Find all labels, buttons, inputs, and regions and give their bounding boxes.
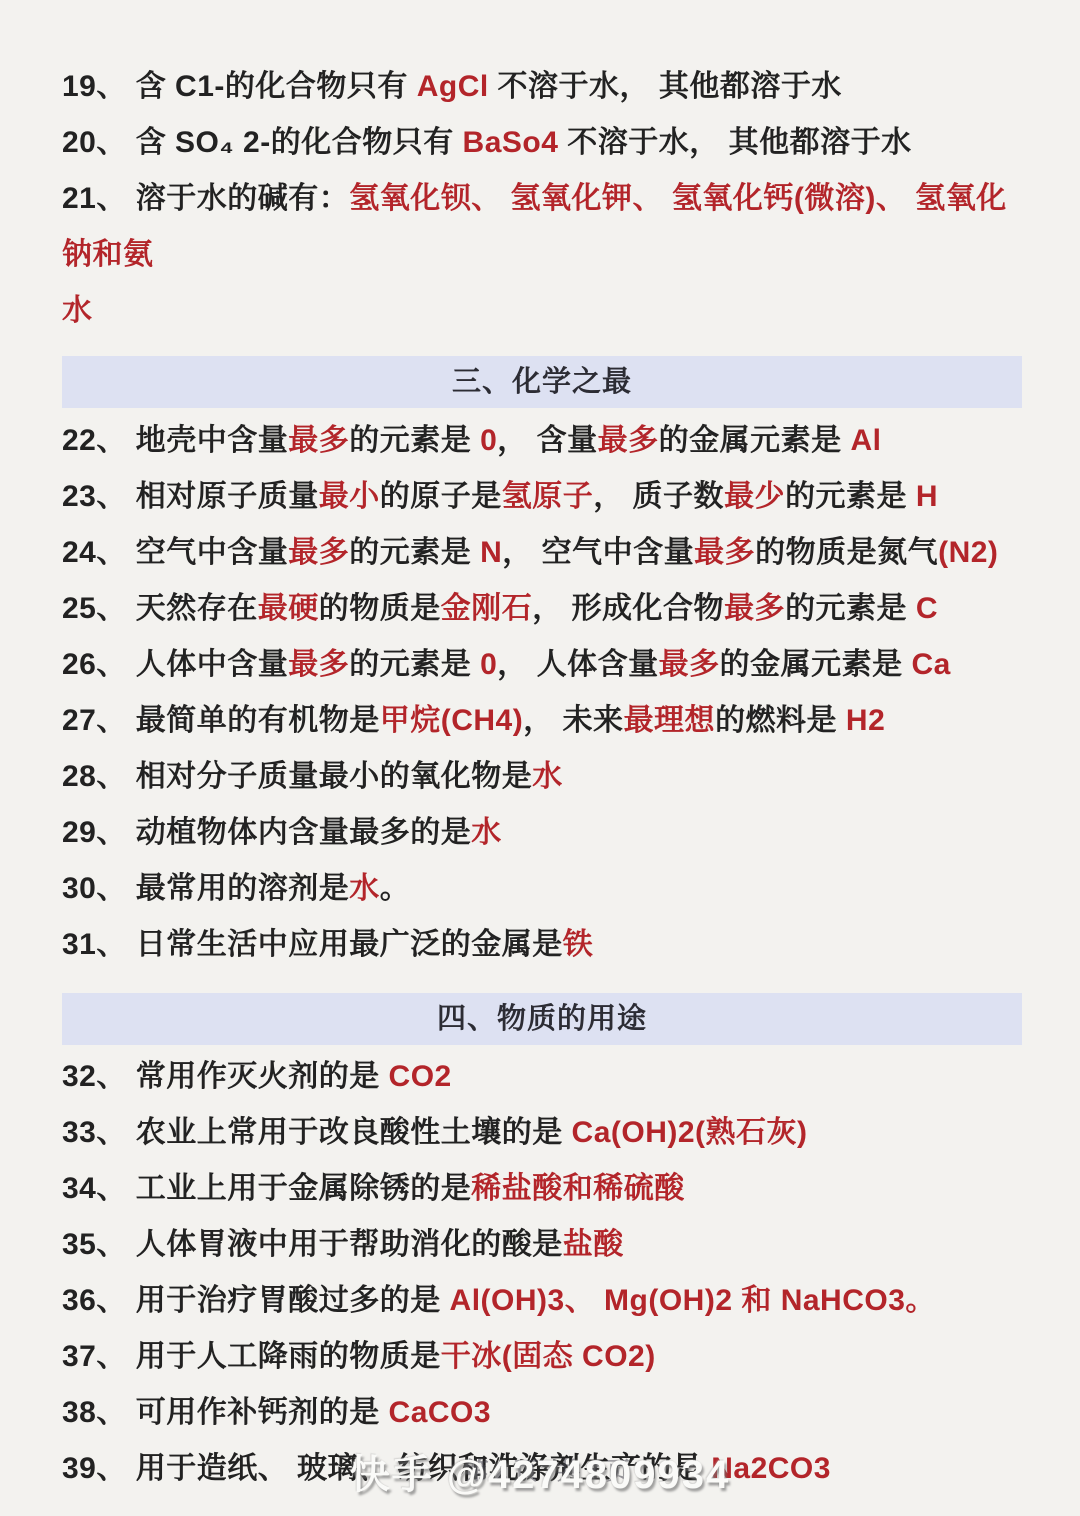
item-26: 26、 人体中含量最多的元素是 0， 人体含量最多的金属元素是 Ca — [62, 637, 1022, 693]
highlight-segment: Ca(OH)2(熟石灰) — [572, 1116, 808, 1149]
section-header-chemistry-extremes: 三、化学之最 — [62, 356, 1022, 408]
text-segment: 37、 用于人工降雨的物质是 — [62, 1340, 441, 1373]
highlight-segment: 稀盐酸和稀硫酸 — [471, 1172, 685, 1205]
text-segment: ， 未来 — [523, 704, 623, 737]
text-segment: 19、 含 C1-的化合物只有 — [62, 70, 417, 103]
item-27: 27、 最简单的有机物是甲烷(CH4)， 未来最理想的燃料是 H2 — [62, 693, 1022, 749]
text-segment: 20、 含 SO₄ 2-的化合物只有 — [62, 126, 463, 159]
highlight-segment: 水 — [62, 294, 93, 327]
highlight-segment: 最硬 — [258, 592, 319, 625]
item-34: 34、 工业上用于金属除锈的是稀盐酸和稀硫酸 — [62, 1161, 1022, 1217]
highlight-segment: 最多 — [288, 424, 349, 457]
text-segment: 的元素是 — [349, 648, 480, 681]
highlight-segment: Al(OH)3、 Mg(OH)2 和 NaHCO3 — [450, 1284, 906, 1317]
watermark: 第2页 共7页 快手 @4274809934 — [0, 1440, 1080, 1510]
highlight-segment: 最多 — [724, 592, 785, 625]
highlight-segment: 最多 — [598, 424, 659, 457]
text-segment: ， 人体含量 — [497, 648, 658, 681]
item-23: 23、 相对原子质量最小的原子是氢原子， 质子数最少的元素是 H — [62, 469, 1022, 525]
highlight-segment: H — [916, 480, 938, 513]
text-segment: 32、 常用作灭火剂的是 — [62, 1060, 389, 1093]
text-segment: 的元素是 — [785, 592, 916, 625]
text-segment: 的燃料是 — [715, 704, 846, 737]
item-22: 22、 地壳中含量最多的元素是 0， 含量最多的金属元素是 Al — [62, 413, 1022, 469]
text-segment: 不溶于水， 其他都溶于水 — [558, 126, 911, 159]
item-37: 37、 用于人工降雨的物质是干冰(固态 CO2) — [62, 1329, 1022, 1385]
text-segment: 的元素是 — [785, 480, 916, 513]
highlight-segment: 0 — [480, 648, 497, 681]
text-segment: 29、 动植物体内含量最多的是 — [62, 816, 471, 849]
text-segment: 的元素是 — [349, 424, 480, 457]
highlight-segment: 盐酸 — [563, 1228, 624, 1261]
text-segment: 35、 人体胃液中用于帮助消化的酸是 — [62, 1228, 563, 1261]
document-body: 19、 含 C1-的化合物只有 AgCl 不溶于水， 其他都溶于水 20、 含 … — [0, 0, 1080, 1497]
text-segment: 30、 最常用的溶剂是 — [62, 872, 349, 905]
item-36: 36、 用于治疗胃酸过多的是 Al(OH)3、 Mg(OH)2 和 NaHCO3… — [62, 1273, 1022, 1329]
item-21: 21、 溶于水的碱有：氢氧化钡、 氢氧化钾、 氢氧化钙(微溶)、 氢氧化钠和氨水 — [62, 171, 1022, 339]
item-29: 29、 动植物体内含量最多的是水 — [62, 805, 1022, 861]
item-38: 38、 可用作补钙剂的是 CaCO3 — [62, 1385, 1022, 1441]
item-19: 19、 含 C1-的化合物只有 AgCl 不溶于水， 其他都溶于水 — [62, 59, 1022, 115]
text-segment: 23、 相对原子质量 — [62, 480, 319, 513]
highlight-segment: 氢原子 — [502, 480, 594, 513]
highlight-segment: 最多 — [288, 536, 349, 569]
highlight-segment: CaCO3 — [389, 1396, 492, 1429]
highlight-segment: BaSo4 — [463, 126, 559, 159]
text-segment: 的金属元素是 — [659, 424, 851, 457]
highlight-segment: CO2 — [389, 1060, 452, 1093]
highlight-segment: (N2) — [938, 536, 998, 569]
text-segment: 的物质是氮气 — [755, 536, 938, 569]
highlight-segment: 0 — [480, 424, 497, 457]
item-33: 33、 农业上常用于改良酸性土壤的是 Ca(OH)2(熟石灰) — [62, 1105, 1022, 1161]
section-title: 四、物质的用途 — [437, 1003, 647, 1035]
highlight-segment: Al — [850, 424, 881, 457]
item-31: 31、 日常生活中应用最广泛的金属是铁 — [62, 917, 1022, 973]
text-segment: 的元素是 — [349, 536, 480, 569]
text-segment: 。 — [380, 872, 411, 905]
text-segment: 26、 人体中含量 — [62, 648, 288, 681]
section-header-substance-uses: 四、物质的用途 — [62, 993, 1022, 1045]
section-title: 三、化学之最 — [452, 366, 632, 398]
highlight-segment: 。 — [905, 1284, 936, 1317]
watermark-text: 快手 @4274809934 — [350, 1443, 731, 1500]
item-32: 32、 常用作灭火剂的是 CO2 — [62, 1049, 1022, 1105]
text-segment: ， 形成化合物 — [532, 592, 724, 625]
text-segment: 22、 地壳中含量 — [62, 424, 288, 457]
highlight-segment: 水 — [532, 760, 563, 793]
highlight-segment: C — [916, 592, 938, 625]
item-24: 24、 空气中含量最多的元素是 N， 空气中含量最多的物质是氮气(N2) — [62, 525, 1022, 581]
text-segment: 的金属元素是 — [720, 648, 912, 681]
text-segment: 34、 工业上用于金属除锈的是 — [62, 1172, 471, 1205]
text-segment: 33、 农业上常用于改良酸性土壤的是 — [62, 1116, 572, 1149]
highlight-segment: 干冰(固态 CO2) — [441, 1340, 656, 1373]
text-segment: 36、 用于治疗胃酸过多的是 — [62, 1284, 450, 1317]
highlight-segment: 最多 — [288, 648, 349, 681]
text-segment: 的原子是 — [380, 480, 502, 513]
text-segment: 25、 天然存在 — [62, 592, 258, 625]
highlight-segment: 水 — [349, 872, 380, 905]
text-segment: 27、 最简单的有机物是 — [62, 704, 380, 737]
text-segment: 38、 可用作补钙剂的是 — [62, 1396, 389, 1429]
text-segment: 28、 相对分子质量最小的氧化物是 — [62, 760, 532, 793]
item-35: 35、 人体胃液中用于帮助消化的酸是盐酸 — [62, 1217, 1022, 1273]
highlight-segment: 最多 — [694, 536, 755, 569]
text-segment: 31、 日常生活中应用最广泛的金属是 — [62, 928, 563, 961]
highlight-segment: Ca — [911, 648, 950, 681]
highlight-segment: 金刚石 — [441, 592, 533, 625]
item-25: 25、 天然存在最硬的物质是金刚石， 形成化合物最多的元素是 C — [62, 581, 1022, 637]
item-20: 20、 含 SO₄ 2-的化合物只有 BaSo4 不溶于水， 其他都溶于水 — [62, 115, 1022, 171]
text-segment: 21、 溶于水的碱有： — [62, 182, 349, 215]
highlight-segment: 水 — [471, 816, 502, 849]
highlight-segment: 最少 — [724, 480, 785, 513]
highlight-segment: AgCl — [417, 70, 489, 103]
text-segment: ， 含量 — [497, 424, 597, 457]
text-segment: 不溶于水， 其他都溶于水 — [489, 70, 842, 103]
text-segment: 的物质是 — [319, 592, 441, 625]
text-segment: 24、 空气中含量 — [62, 536, 288, 569]
text-segment: ， 质子数 — [593, 480, 724, 513]
item-30: 30、 最常用的溶剂是水。 — [62, 861, 1022, 917]
highlight-segment: 最理想 — [624, 704, 716, 737]
highlight-segment: 最小 — [319, 480, 380, 513]
text-segment: ， 空气中含量 — [502, 536, 694, 569]
highlight-segment: 铁 — [563, 928, 594, 961]
highlight-segment: N — [480, 536, 502, 569]
highlight-segment: 最多 — [659, 648, 720, 681]
highlight-segment: 甲烷(CH4) — [380, 704, 524, 737]
item-28: 28、 相对分子质量最小的氧化物是水 — [62, 749, 1022, 805]
highlight-segment: H2 — [846, 704, 885, 737]
